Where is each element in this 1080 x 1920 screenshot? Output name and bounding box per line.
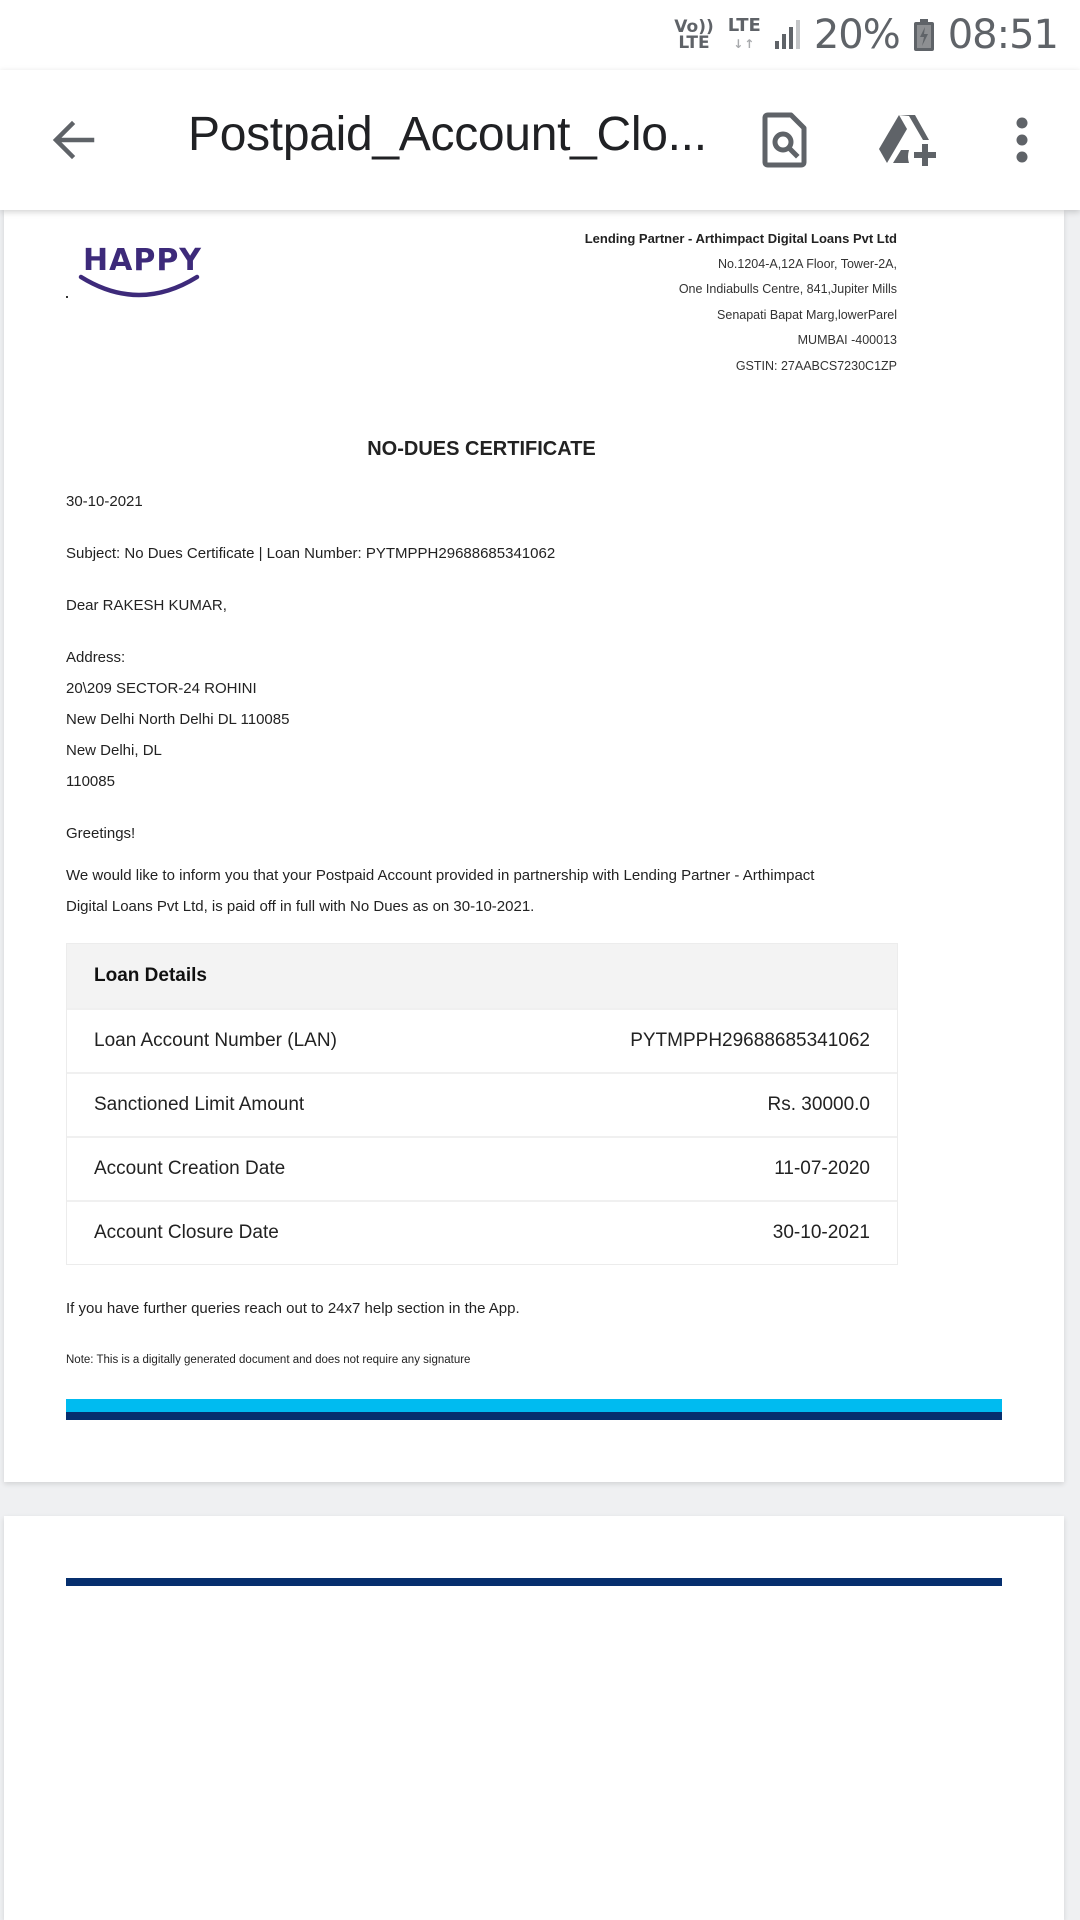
row-label: Loan Account Number (LAN): [94, 1030, 337, 1052]
find-in-document-button[interactable]: [750, 105, 820, 175]
lender-address-line: One Indiabulls Centre, 841,Jupiter Mills: [679, 282, 897, 296]
volte-bottom: LTE: [678, 35, 709, 51]
address-label: Address:: [66, 649, 125, 666]
subject-line: Subject: No Dues Certificate | Loan Numb…: [66, 545, 555, 562]
lender-name: Lending Partner - Arthimpact Digital Loa…: [585, 231, 897, 246]
header-bar-navy: [66, 1578, 1002, 1586]
clock: 08:51: [948, 12, 1058, 58]
paragraph-line: Digital Loans Pvt Ltd, is paid off in fu…: [66, 898, 534, 915]
paragraph-line: We would like to inform you that your Po…: [66, 867, 814, 884]
add-to-drive-icon: [879, 113, 941, 167]
table-row: Sanctioned Limit Amount Rs. 30000.0: [67, 1072, 897, 1136]
salutation: Dear RAKESH KUMAR,: [66, 597, 227, 614]
row-value: 11-07-2020: [774, 1158, 870, 1180]
happy-logo: HAPPY: [77, 243, 201, 305]
loan-details-table: Loan Details Loan Account Number (LAN) P…: [66, 943, 898, 1265]
lender-gstin: GSTIN: 27AABCS7230C1ZP: [736, 359, 897, 373]
lender-address-line: Senapati Bapat Marg,lowerParel: [717, 308, 897, 322]
certificate-date: 30-10-2021: [66, 493, 143, 510]
lender-address-line: No.1204-A,12A Floor, Tower-2A,: [718, 257, 897, 271]
row-label: Account Creation Date: [94, 1158, 285, 1180]
lte-label: LTE: [728, 17, 761, 35]
row-value: Rs. 30000.0: [768, 1094, 870, 1116]
table-row: Account Creation Date 11-07-2020: [67, 1136, 897, 1200]
more-options-button[interactable]: [987, 105, 1057, 175]
greeting: Greetings!: [66, 825, 135, 842]
stray-dot: [66, 296, 68, 298]
battery-percent: 20%: [814, 12, 900, 58]
more-vertical-icon: [1015, 117, 1029, 163]
address-line: New Delhi North Delhi DL 110085: [66, 711, 289, 728]
row-value: 30-10-2021: [773, 1222, 870, 1244]
row-value: PYTMPPH29688685341062: [630, 1030, 870, 1052]
pdf-page-2: [4, 1516, 1064, 1920]
queries-line: If you have further queries reach out to…: [66, 1300, 520, 1317]
signal-strength-icon: [775, 21, 800, 49]
footer-bar-cyan: [66, 1399, 1002, 1412]
footer-bar-navy: [66, 1412, 1002, 1420]
address-line: New Delhi, DL: [66, 742, 162, 759]
volte-icon: Vo)) LTE: [674, 19, 713, 51]
certificate-title: NO-DUES CERTIFICATE: [4, 438, 959, 461]
back-button[interactable]: [46, 112, 102, 168]
data-arrows-icon: ↓↑: [733, 35, 755, 53]
lte-data-icon: LTE ↓↑: [728, 17, 761, 53]
add-to-drive-button[interactable]: [875, 105, 945, 175]
signature-note: Note: This is a digitally generated docu…: [66, 1354, 470, 1366]
arrow-back-icon: [50, 116, 98, 164]
document-title: Postpaid_Account_Clo...: [188, 107, 707, 162]
address-line: 20\209 SECTOR-24 ROHINI: [66, 680, 257, 697]
pdf-page-1: HAPPY Lending Partner - Arthimpact Digit…: [4, 210, 1064, 1482]
find-in-document-icon: [762, 112, 808, 168]
loan-details-heading: Loan Details: [67, 944, 897, 1008]
lender-address-line: MUMBAI -400013: [798, 333, 897, 347]
status-icons: Vo)) LTE LTE ↓↑ 20% 08:51: [674, 10, 1058, 60]
row-label: Sanctioned Limit Amount: [94, 1094, 304, 1116]
address-line: 110085: [66, 773, 115, 790]
status-bar: Vo)) LTE LTE ↓↑ 20% 08:51: [0, 0, 1080, 70]
row-label: Account Closure Date: [94, 1222, 279, 1244]
table-row: Account Closure Date 30-10-2021: [67, 1200, 897, 1264]
battery-charging-icon: [914, 19, 934, 51]
app-toolbar: Postpaid_Account_Clo...: [0, 70, 1080, 210]
table-row: Loan Account Number (LAN) PYTMPPH2968868…: [67, 1008, 897, 1072]
